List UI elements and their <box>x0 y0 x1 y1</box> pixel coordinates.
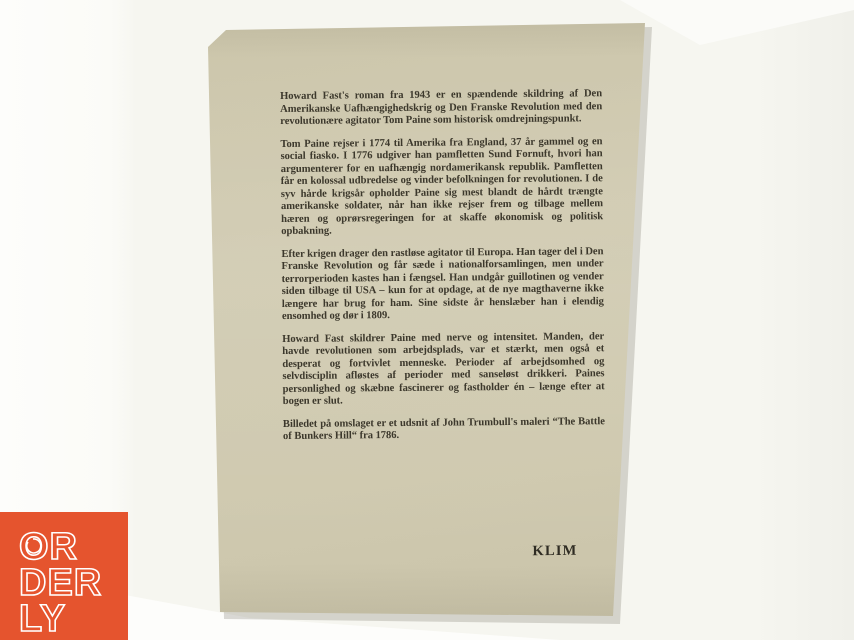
cover-paragraph: Efter krigen drager den rastløse agitato… <box>281 246 604 324</box>
publisher-label: KLIM <box>505 543 605 561</box>
cover-paragraph: Tom Paine rejser i 1774 til Amerika fra … <box>280 136 603 239</box>
orderly-logo-icon: OR DER LY <box>0 512 128 640</box>
cover-paragraph: Howard Fast skildrer Paine med nerve og … <box>282 331 605 409</box>
photo-scene: Howard Fast's roman fra 1943 er en spænd… <box>0 0 854 640</box>
cover-paragraph: Howard Fast's roman fra 1943 er en spænd… <box>280 88 602 128</box>
cover-text-block: Howard Fast's roman fra 1943 er en spænd… <box>280 88 605 453</box>
cover-paragraph: Billedet på omslaget er et udsnit af Joh… <box>283 416 605 444</box>
book-back-cover: Howard Fast's roman fra 1943 er en spænd… <box>0 0 854 640</box>
orderly-watermark-logo: OR DER LY <box>0 512 128 640</box>
orderly-logo-line-3: LY <box>19 598 66 640</box>
